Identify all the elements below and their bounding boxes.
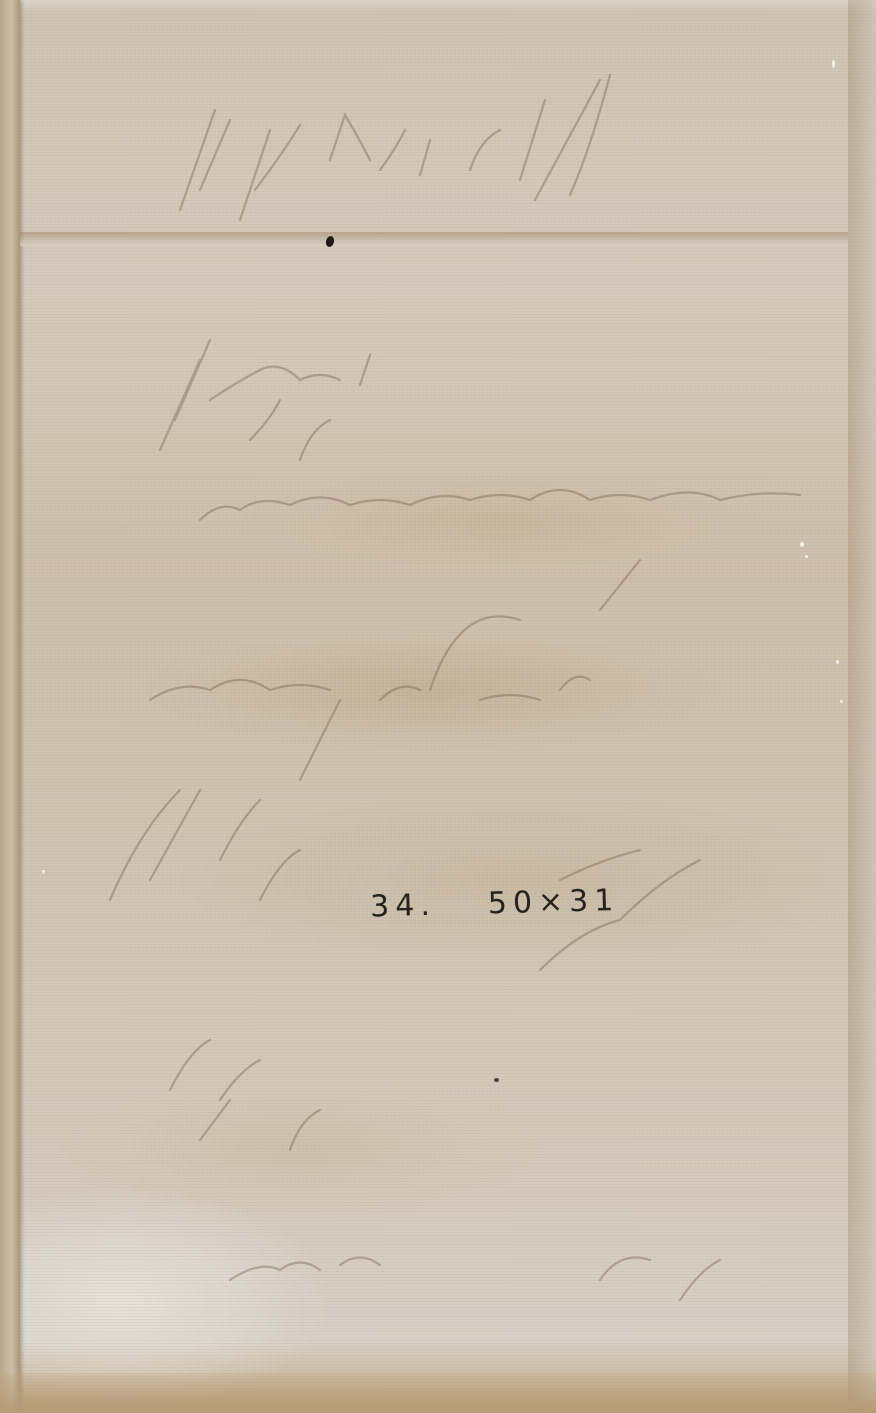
catalog-inscription: 34.50×31 [307, 848, 621, 961]
pencil-signature-top [0, 0, 876, 1413]
right-stretcher-edge [848, 0, 876, 1413]
top-edge [0, 0, 876, 12]
catalog-number: 34. [370, 888, 437, 925]
small-ink-dot [494, 1078, 499, 1082]
stretcher-bar-fold [20, 232, 848, 246]
bottom-stain-edge [0, 1373, 876, 1413]
left-stretcher-edge [0, 0, 20, 1413]
canvas-weave-texture [0, 0, 876, 1413]
canvas-back-photo: 34.50×31 [0, 0, 876, 1413]
canvas-dimensions: 50×31 [487, 883, 619, 921]
